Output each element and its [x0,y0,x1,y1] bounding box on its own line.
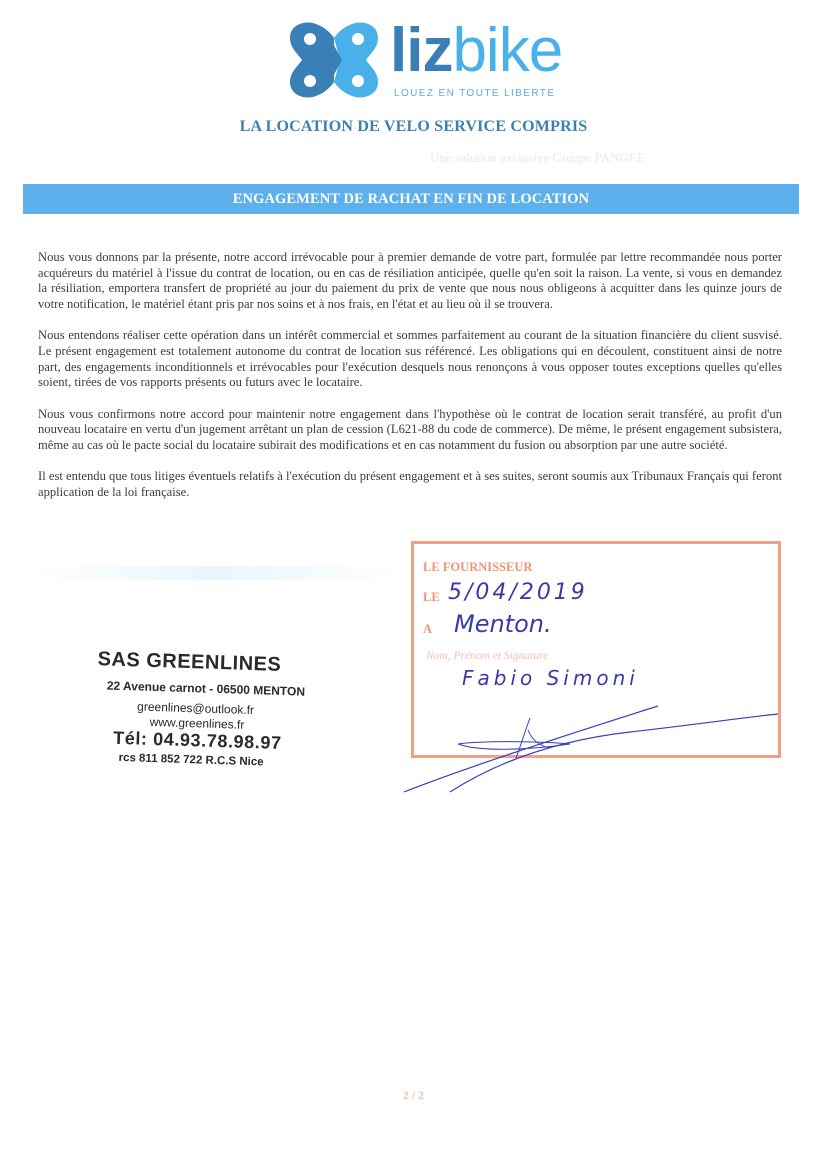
page-number: 2 / 2 [0,1088,827,1103]
faded-show-through [30,566,400,580]
date-label: LE [423,590,440,605]
body-paragraph-1: Nous vous donnons par la présente, notre… [38,250,782,313]
stamp-address: 22 Avenue carnot - 06500 MENTON [107,678,306,698]
place-label: A [423,622,432,637]
date-handwritten: 5/04/2019 [448,580,588,605]
logo-word-liz: liz [390,16,452,85]
name-handwritten: Fabio Simoni [462,666,639,690]
chain-link-logo-icon [286,18,382,102]
stamp-phone: Tél: 04.93.78.98.97 [113,728,282,754]
signature-scribble-icon [400,700,790,800]
stamp-rcs: rcs 811 852 722 R.C.S Nice [118,752,263,769]
company-stamp: SAS GREENLINES 22 Avenue carnot - 06500 … [88,648,332,785]
lizbike-logo: lizbike LOUEZ EN TOUTE LIBERTE [286,18,546,102]
logo-word-bike: bike [452,16,562,85]
supplier-title: LE FOURNISSEUR [423,560,532,575]
body-paragraph-3: Nous vous confirmons notre accord pour m… [38,407,782,454]
document-body: Nous vous donnons par la présente, notre… [38,250,782,516]
stamp-company: SAS GREENLINES [97,648,281,677]
body-paragraph-4: Il est entendu que tous litiges éventuel… [38,469,782,500]
body-paragraph-2: Nous entendons réaliser cette opération … [38,328,782,391]
page-subline: Une solution exclusive Groupe PANGEE [430,150,645,166]
logo-wordmark: lizbike [390,20,562,82]
page-headline: LA LOCATION DE VELO SERVICE COMPRIS [0,118,827,136]
logo-tagline: LOUEZ EN TOUTE LIBERTE [394,88,555,99]
banner-title: ENGAGEMENT DE RACHAT EN FIN DE LOCATION [233,191,590,208]
place-handwritten: Menton. [454,610,552,638]
section-banner: ENGAGEMENT DE RACHAT EN FIN DE LOCATION [23,184,799,214]
signature-caption: Nom, Prénom et Signature [426,650,548,662]
